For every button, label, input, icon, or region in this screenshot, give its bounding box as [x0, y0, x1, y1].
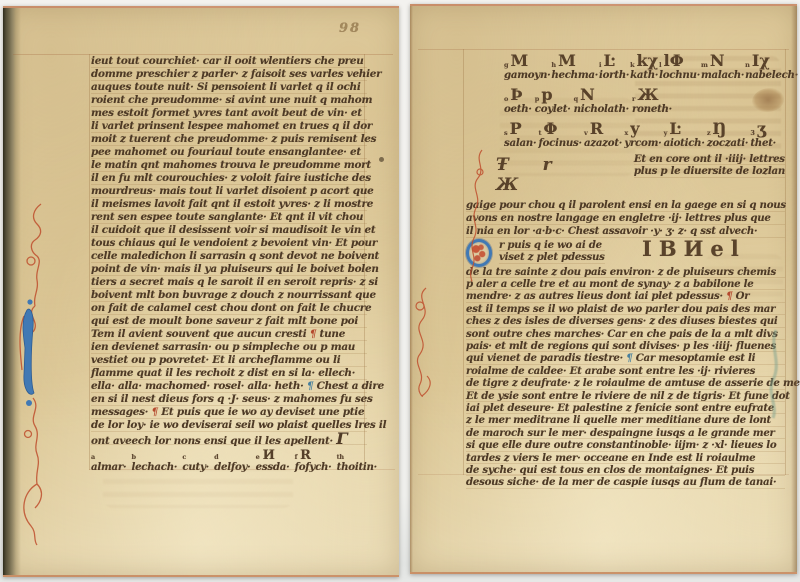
letter-name: oeth·	[504, 103, 532, 115]
glyph-index-letter: o	[504, 95, 508, 103]
alphabet-entry-top: qN	[574, 84, 595, 103]
text-line: ella· alla· machomed· rosel· alla· heth·…	[91, 380, 367, 393]
text-segment: Et puis que ie wo ay deviset une ptie	[158, 406, 365, 418]
alphabet-entry-top: pp	[535, 84, 553, 103]
letter-name: nicholath·	[574, 103, 629, 115]
alphabet-entry: kkχ kath·	[630, 50, 658, 81]
text-line: celle maledichon li sarrasin q sont devo…	[91, 250, 367, 263]
letter-name: lochnu·	[659, 69, 700, 81]
alphabet-entry: vR azazot·	[584, 118, 622, 149]
text-column: ieut tout courchiet· car il ooit wlentie…	[91, 55, 367, 473]
text-segment: tune	[316, 328, 345, 340]
alphabet-entry: pp coylet·	[535, 84, 571, 115]
exotic-letter-glyph: R	[300, 450, 311, 461]
glyph-index-letter: b	[131, 453, 135, 461]
letter-name: aiotich·	[664, 137, 705, 149]
alphabet-entry: llΦ lochnu·	[659, 50, 700, 81]
text-line: qui est de moult bone saveur z fait mlt …	[91, 315, 367, 328]
text-segment: ont aveech lor nons ensi que il les apel…	[91, 435, 336, 447]
alphabet-entry: zŊ zoczati·	[707, 118, 748, 149]
parchment-stain	[379, 157, 384, 162]
exotic-letter-glyph: kχ	[637, 52, 659, 69]
text-line: moit z tuerent che preudomme· z puis rem…	[91, 133, 367, 146]
letter-name: nabelech·	[745, 69, 798, 81]
text-segment: Car mesoptamie est li	[632, 352, 755, 364]
folio-number: 98	[339, 21, 361, 36]
alphabet-entry: nIχ nabelech·	[745, 50, 798, 81]
alphabet-entry: xy yrcom·	[624, 118, 661, 149]
margin-filigree-decoration	[11, 198, 57, 546]
text-line: auques toute nuit· Si pensoient li varle…	[91, 81, 367, 94]
letter-name: coylet·	[535, 103, 571, 115]
alphabet-entry-top: vR	[584, 118, 603, 137]
text-segment: qui vienet de paradis tiestre·	[466, 352, 626, 364]
alphabet-entry: eИ essda·	[256, 450, 290, 473]
text-line: p aler a celle tre et au mont de synay· …	[466, 278, 785, 290]
illuminated-initial-bar	[23, 299, 34, 406]
glyph-index-letter: f	[295, 453, 298, 461]
glyph-index-letter: x	[624, 129, 628, 137]
alphabet-entry-top: fR	[295, 450, 311, 461]
text-line: ieut tout courchiet· car il ooit wlentie…	[91, 55, 367, 68]
right-page: gM gamoyn· hM hechma· iĿ iorth· kkχ kath…	[410, 4, 797, 574]
text-line: tardes z viers le mer· occeane en Inde e…	[466, 452, 785, 464]
text-line: en si il nest dieus fors q ·J· seus· z m…	[91, 393, 367, 406]
alphabet-entry: sP salan·	[504, 118, 536, 149]
text-line: de tigre z deufrate· z le roiaulme de am…	[466, 377, 785, 389]
exotic-letter-glyph: M	[511, 52, 529, 69]
text-segment: Chest a dire	[313, 380, 384, 392]
alphabet-entry-top: eИ	[256, 450, 275, 461]
text-line: le matin qnt mahomes trouva le preudomme…	[91, 159, 367, 172]
text-line: on fait de calamel cest chou dont on fai…	[91, 302, 367, 315]
letter-name: roneth·	[632, 103, 672, 115]
alphabet-entry-top: zŊ	[707, 118, 727, 137]
text-block: de la tre sainte z dou pais environ· z d…	[466, 266, 785, 489]
text-line: roialme de caldee· Et arabe sont entre l…	[466, 365, 785, 377]
text-line: Tem il avient souvent que aucun cresti ¶…	[91, 328, 367, 341]
exotic-word-glyphs: IBИel	[642, 236, 746, 261]
alphabet-entry-top: sP	[504, 118, 522, 137]
text-segment: mendre· z as autres lieus dont iai plet …	[466, 290, 726, 302]
glyph-index-letter: m	[701, 61, 708, 69]
text-line: de maroch sur le mer· despaingne iusqs a…	[466, 427, 785, 439]
ruling-line-right	[785, 49, 786, 475]
glyph-index-letter: i	[599, 61, 601, 69]
text-line: il meismes lavoit fait qnt il estoit yvr…	[91, 198, 367, 211]
alphabet-entry: b lechach·	[131, 450, 177, 473]
glyph-index-letter: p	[535, 95, 540, 103]
alphabet-entry-top: nIχ	[745, 50, 770, 69]
alphabet-entry-top: b	[131, 450, 138, 461]
alphabet-entry-top: llΦ	[659, 50, 684, 69]
text-segment: Tem il avient souvent que aucun cresti	[91, 328, 310, 340]
exotic-letter-glyph: P	[510, 120, 522, 137]
exotic-letter-glyph: Þ	[510, 86, 522, 103]
letter-name: malach·	[701, 69, 744, 81]
text-line: il en fu mlt courouchies· z voloit faire…	[91, 172, 367, 185]
text-line: desous siche· de la mer de caspie iusqs …	[466, 476, 785, 488]
letter-name: iorth·	[599, 69, 629, 81]
text-line: de la tre sainte z dou pais environ· z d…	[466, 266, 785, 278]
alphabet-entry-top: mN	[701, 50, 725, 69]
alphabet-entry-top: th	[337, 450, 347, 461]
exotic-letter-glyph: y	[630, 120, 639, 137]
text-line: flamme quat il les rechoit z dist en si …	[91, 367, 367, 380]
alphabet-entry-top: yĿ	[664, 118, 681, 137]
text-line: mendre· z as autres lieus dont iai plet …	[466, 290, 785, 302]
alphabet-row: gM gamoyn· hM hechma· iĿ iorth· kkχ kath…	[504, 50, 798, 81]
letter-name: azazot·	[584, 137, 622, 149]
text-line: domme preschier z parler· z faisoit ses …	[91, 68, 367, 81]
text-line: mes estoit formet yvres tant avoit beut …	[91, 107, 367, 120]
text-line: Et de ysie sont entre le riviere de nil …	[466, 390, 785, 402]
alphabet-entry-top: xy	[624, 118, 639, 137]
alphabet-row: sP salan· tΦ focinus· vR azazot· xy yrco…	[504, 118, 776, 149]
exotic-alphabet-table: gM gamoyn· hM hechma· iĿ iorth· kkχ kath…	[504, 50, 785, 149]
text-line: tous chiaus qui le vendoient z bevoient …	[91, 237, 367, 250]
text-line: avons en nostre langage en engletre ·ij·…	[466, 212, 785, 225]
glyph-index-letter: g	[504, 61, 509, 69]
text-line: il cuidoit que il desissent voir si maud…	[91, 224, 367, 237]
alphabet-entry: mN malach·	[701, 50, 744, 81]
text-line: gaige pour chou q il parolent ensi en la…	[466, 199, 785, 212]
letter-name: lechach·	[131, 461, 177, 473]
text-line: boivent mlt bon buvrage z douch z nourri…	[91, 289, 367, 302]
text-line: si que elle dure outre constantinoble· i…	[466, 439, 785, 451]
glyph-index-letter: th	[337, 453, 344, 461]
letter-name: delfoy·	[214, 461, 250, 473]
alphabet-row: oÞ oeth· pp coylet· qN nicholath· rЖ ron…	[504, 84, 672, 115]
alphabet-row-extra-letters: Ŧ r Ж Et en core ont il ·iiij· lettres p…	[496, 153, 785, 195]
alphabet-entry: th thoitin·	[337, 450, 377, 473]
letter-name: almar·	[91, 461, 126, 473]
left-page: 98 ieut tout courchiet· car il ooit wlen…	[3, 6, 399, 577]
exotic-letter-glyph: Ŋ	[713, 120, 727, 137]
text-line: iai plet deseure· Et palestine z fenicie…	[466, 402, 785, 414]
letter-name: fofych·	[295, 461, 332, 473]
text-line: est il temps se il wo plaist de wo parle…	[466, 303, 785, 315]
exotic-letter-glyph: ʒ	[757, 120, 766, 137]
text-line: r puis q ie wo ai de	[499, 239, 605, 252]
text-segment: ella· alla· machomed· rosel· alla· heth·	[91, 380, 307, 392]
glyph-index-letter: q	[574, 95, 579, 103]
ruling-line-left	[463, 49, 464, 475]
text-line: tiers a secret mais q le saroit il en se…	[91, 276, 367, 289]
letter-name: thet·	[750, 137, 776, 149]
alphabet-entry: c cuty·	[182, 450, 209, 473]
text-line: point de vin· mais il ya pluiseurs qui l…	[91, 263, 367, 276]
text-line: Et en core ont il ·iiij· lettres	[634, 153, 785, 165]
letter-name: salan·	[504, 137, 536, 149]
text-line: pais· et mlt de regions qui sont divises…	[466, 340, 785, 352]
alphabet-entry-top: gM	[504, 50, 528, 69]
text-line: de syche· qui est tous en clos de montai…	[466, 464, 785, 476]
glyph-index-letter: h	[551, 61, 556, 69]
exotic-letter-glyph: Ŀ	[669, 120, 680, 137]
letter-name: zoczati·	[707, 137, 748, 149]
text-line: mourdreus· mais tout li varlet disoient …	[91, 185, 367, 198]
letter-name: kath·	[630, 69, 658, 81]
letter-name: essda·	[256, 461, 290, 473]
glyph-index-letter: r	[632, 95, 635, 103]
alphabet-name-row: a almar· b lechach· c cuty· d delfoy· eИ…	[91, 450, 377, 473]
text-line: rent sen espee toute sanglante· Et qnt i…	[91, 211, 367, 224]
text-line: pee mahomet ou fouriaul toute ensanglant…	[91, 146, 367, 159]
large-letter-glyph: Γ	[336, 429, 347, 448]
exotic-letter-glyph: Iχ	[752, 52, 770, 69]
text-segment: Or	[732, 290, 749, 302]
alphabet-entry-top: 3ʒ	[750, 118, 766, 137]
text-line: ont aveech lor nons ensi que il les apel…	[91, 432, 367, 445]
letter-name: gamoyn·	[504, 69, 550, 81]
alphabet-entry: a almar·	[91, 450, 126, 473]
alphabet-entry: gM gamoyn·	[504, 50, 550, 81]
text-line: messages· ¶ Et puis que ie wo ay deviset…	[91, 406, 367, 419]
exotic-letter-glyph: N	[580, 86, 595, 103]
exotic-letter-glyph: Ŀ	[603, 52, 614, 69]
glyph-index-letter: s	[504, 129, 508, 137]
exotic-letter-glyph: Ж	[637, 86, 658, 103]
letter-name: focinus·	[538, 137, 581, 149]
glyph-index-letter: 3	[750, 129, 755, 137]
manuscript-spread-photo: 98 ieut tout courchiet· car il ooit wlen…	[0, 0, 800, 582]
alphabet-entry-top: a	[91, 450, 98, 461]
text-line: z le mer meditrane li quelle mer meditia…	[466, 414, 785, 426]
text-line: vestiet ou p povretet· Et li archeflamme…	[91, 354, 367, 367]
glyph-index-letter: c	[182, 453, 186, 461]
exotic-letter-glyph: N	[710, 52, 725, 69]
alphabet-entry: rЖ roneth·	[632, 84, 672, 115]
text-block: ieut tout courchiet· car il ooit wlentie…	[91, 55, 367, 445]
alphabet-entry: tΦ focinus·	[538, 118, 581, 149]
text-line: qui vienet de paradis tiestre· ¶ Car mes…	[466, 352, 785, 364]
exotic-letter-glyph: И	[263, 450, 275, 461]
alphabet-entry-top: kkχ	[630, 50, 658, 69]
initial-adjacent-text: r puis q ie wo ai de viset z plet pdessu…	[499, 239, 605, 264]
glyph-index-letter: t	[538, 129, 541, 137]
alphabet-entry: yĿ aiotich·	[664, 118, 705, 149]
glyph-index-letter: k	[630, 61, 635, 69]
alphabet-entry-top: rЖ	[632, 84, 658, 103]
alphabet-entry-top: oÞ	[504, 84, 522, 103]
alphabet-entry: fR fofych·	[295, 450, 332, 473]
exotic-letter-glyphs: Ŧ r Ж	[496, 155, 606, 195]
glyph-index-letter: y	[664, 129, 668, 137]
ruling-line-left	[89, 54, 90, 470]
text-line: sont outre ches marches· Car en che pais…	[466, 328, 785, 340]
text-line: ien devienet sarrasin· ou p simpleche ou…	[91, 341, 367, 354]
glyph-index-letter: z	[707, 129, 711, 137]
alphabet-entry: qN nicholath·	[574, 84, 629, 115]
alphabet-entry-top: tΦ	[538, 118, 557, 137]
exotic-letter-glyph: p	[541, 86, 552, 103]
letter-name: yrcom·	[624, 137, 661, 149]
text-line: li varlet prinsent lespee mahomet en tru…	[91, 120, 367, 133]
text-line: de lor loy· ie wo deviserai seil wo plai…	[91, 419, 367, 432]
glyph-index-letter: d	[214, 453, 218, 461]
text-block: gaige pour chou q il parolent ensi en la…	[466, 199, 785, 238]
alphabet-entry: d delfoy·	[214, 450, 250, 473]
exotic-letter-glyph: M	[558, 52, 576, 69]
letter-name: thoitin·	[337, 461, 377, 473]
glyph-index-letter: a	[91, 453, 95, 461]
alphabet-entry-top: hM	[551, 50, 575, 69]
alphabet-entry-top: d	[214, 450, 221, 461]
letter-name: hechma·	[551, 69, 598, 81]
text-line: roient che preudomme· si avint une nuit …	[91, 94, 367, 107]
illuminated-initial-o	[466, 239, 492, 267]
exotic-letter-glyph: R	[590, 120, 603, 137]
alphabet-entry: 3ʒ thet·	[750, 118, 776, 149]
glyph-index-letter: e	[256, 453, 260, 461]
glyph-index-letter: v	[584, 129, 588, 137]
alphabet-entry: hM hechma·	[551, 50, 598, 81]
glyph-index-letter: n	[745, 61, 750, 69]
alphabet-entry-top: iĿ	[599, 50, 615, 69]
text-segment: messages·	[91, 406, 152, 418]
extra-letters-note: Et en core ont il ·iiij· lettres plus p …	[634, 153, 785, 178]
text-line: plus p le diuersite de lozlan	[634, 165, 785, 177]
text-line: viset z plet pdessus	[499, 251, 605, 264]
exotic-letter-glyph: lΦ	[664, 52, 684, 69]
text-line: ches z des isles de diverses gens· z des…	[466, 315, 785, 327]
exotic-letter-glyph: Φ	[543, 120, 557, 137]
alphabet-entry: iĿ iorth·	[599, 50, 629, 81]
illuminated-initial-block: r puis q ie wo ai de viset z plet pdessu…	[466, 239, 785, 266]
alphabet-entry-top: c	[182, 450, 189, 461]
text-column: gM gamoyn· hM hechma· iĿ iorth· kkχ kath…	[466, 50, 785, 489]
letter-name: cuty·	[182, 461, 209, 473]
glyph-index-letter: l	[659, 61, 661, 69]
alphabet-entry: oÞ oeth·	[504, 84, 532, 115]
